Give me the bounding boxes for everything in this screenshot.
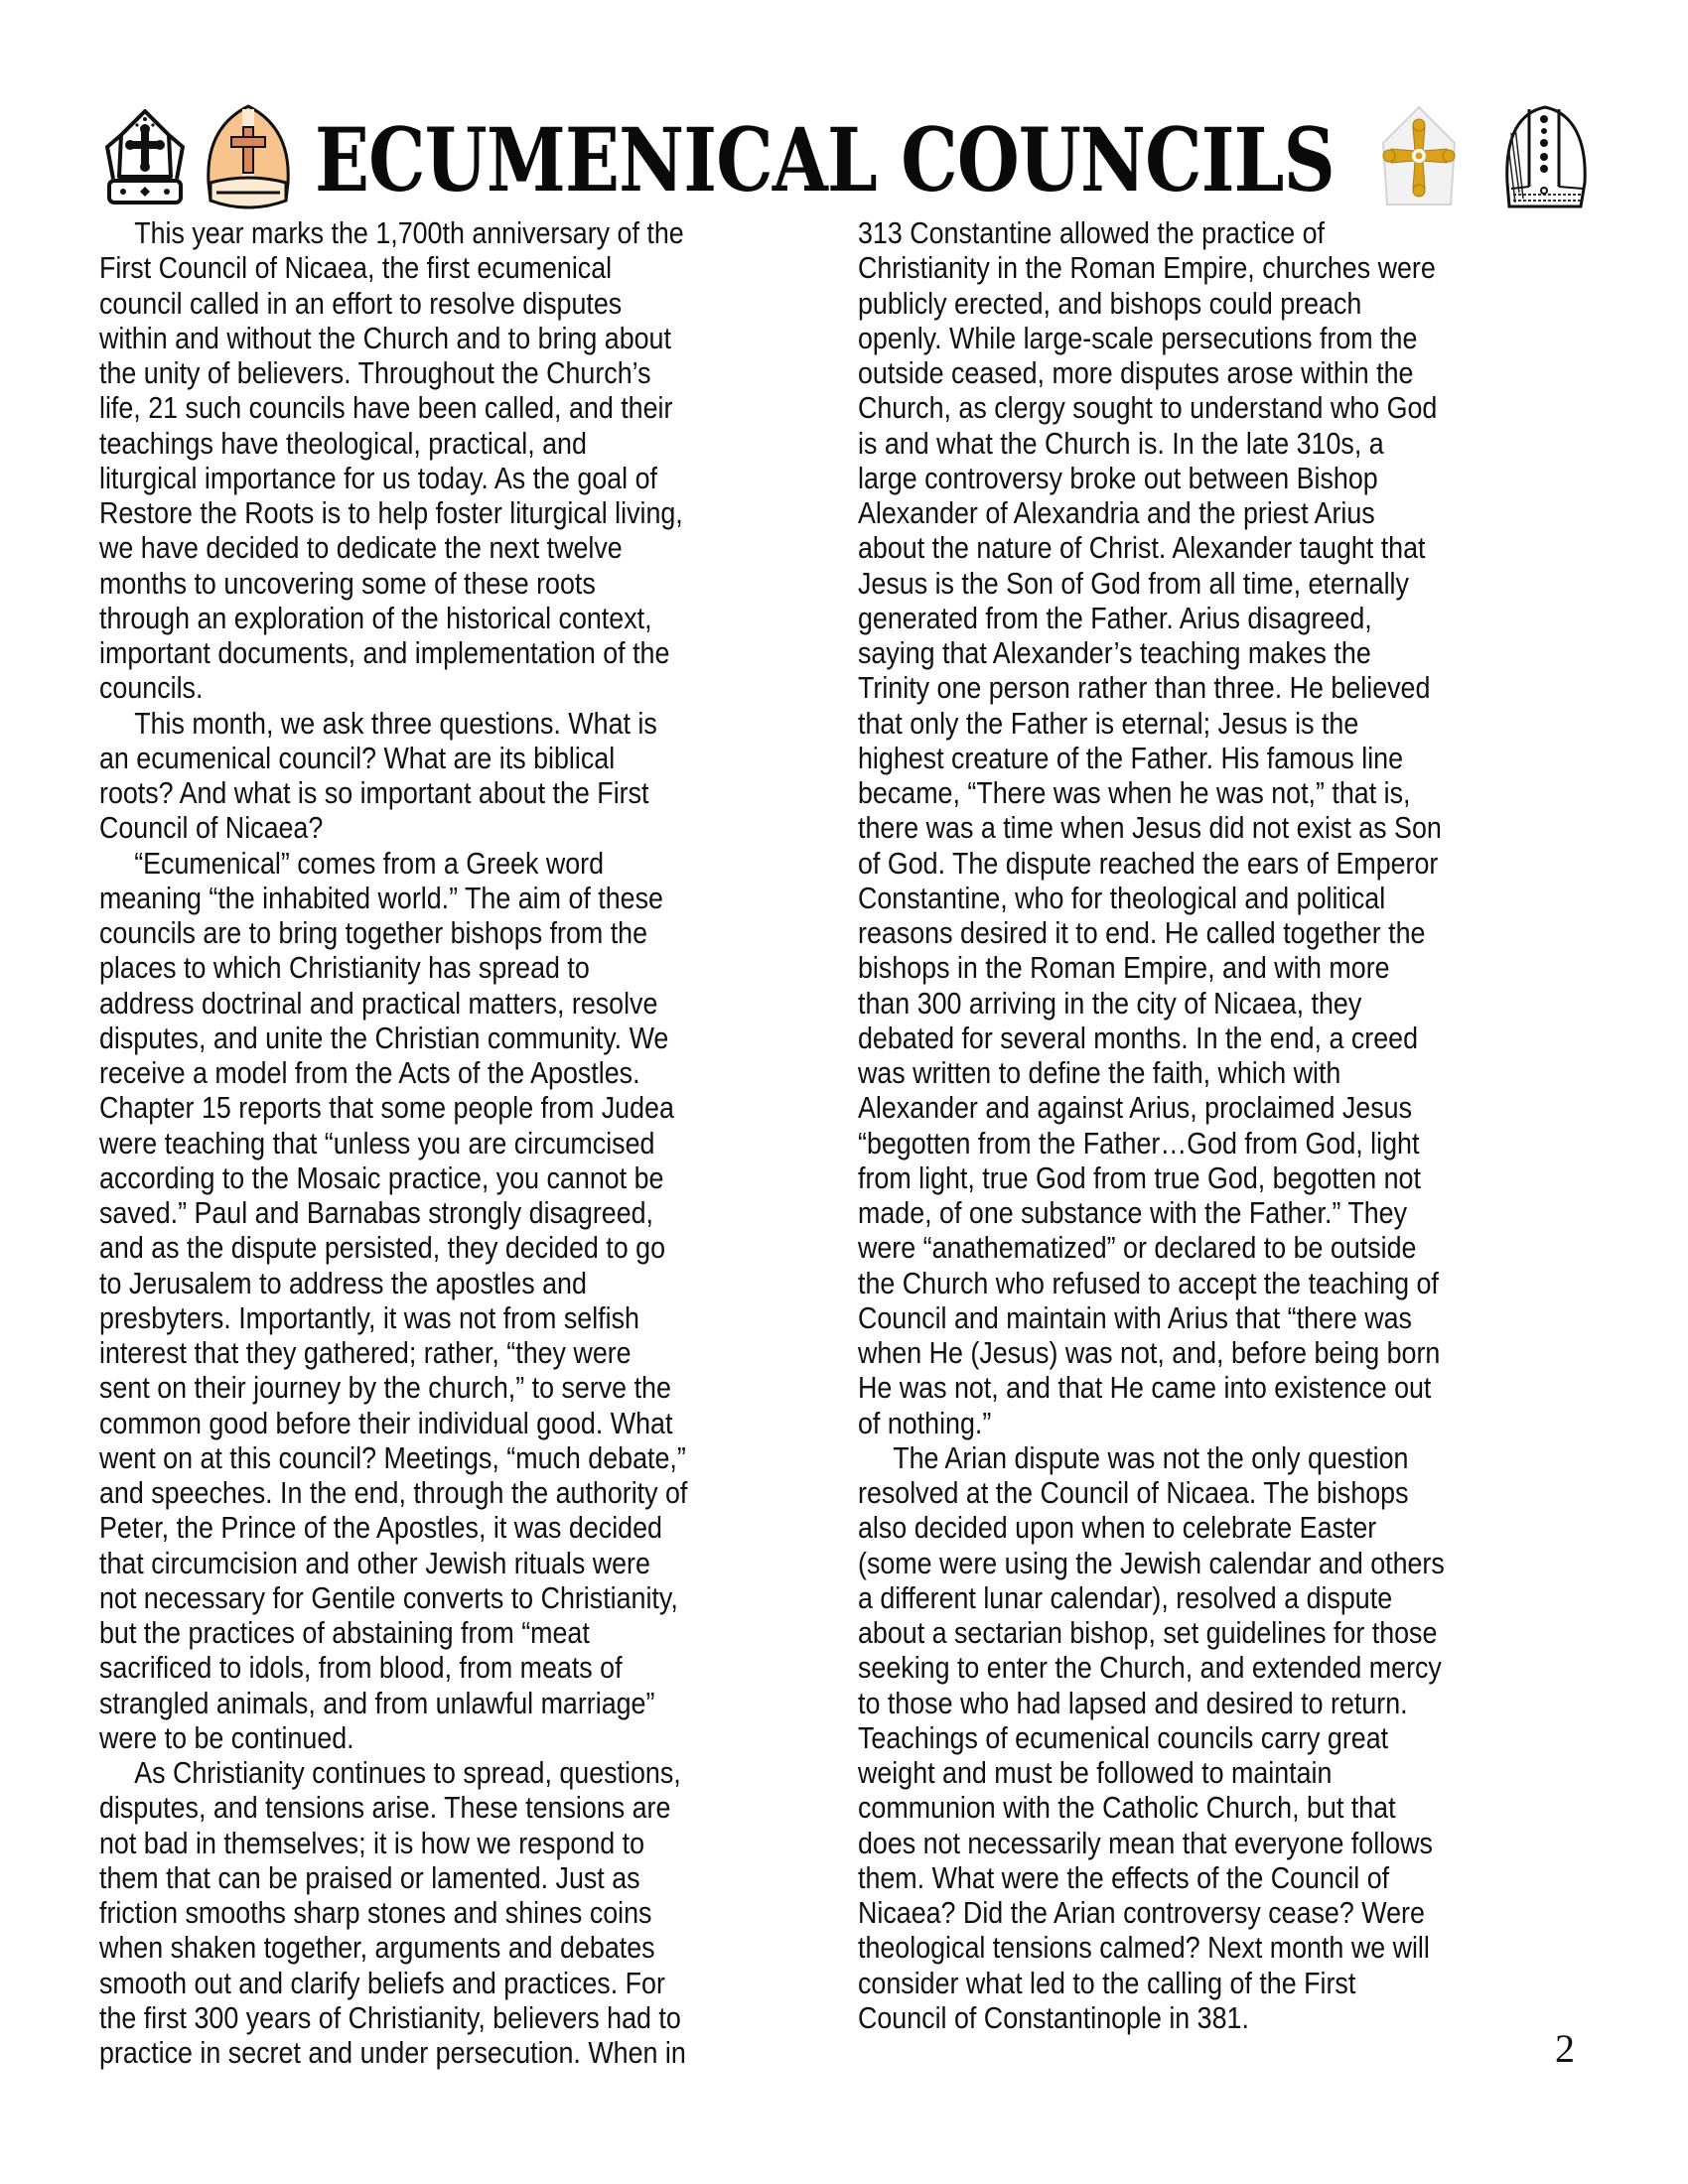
text-line: Alexander of Alexandria and the priest A…: [858, 496, 1506, 531]
text-line: As Christianity continues to spread, que…: [99, 1756, 748, 1791]
text-line: First Council of Nicaea, the first ecume…: [99, 251, 748, 286]
text-line: Trinity one person rather than three. He…: [858, 671, 1506, 706]
text-line: of God. The dispute reached the ears of …: [858, 847, 1506, 882]
text-line: Nicaea? Did the Arian controversy cease?…: [858, 1896, 1506, 1931]
text-line: that circumcision and other Jewish ritua…: [99, 1547, 748, 1581]
text-line: He was not, and that He came into existe…: [858, 1371, 1506, 1406]
text-line: and speeches. In the end, through the au…: [99, 1476, 748, 1511]
text-line: Council of Constantinople in 381.: [858, 2001, 1506, 2036]
text-line: highest creature of the Father. His famo…: [858, 742, 1506, 776]
page-title: ECUMENICAL COUNCILS: [315, 105, 1180, 214]
text-line: This month, we ask three questions. What…: [99, 707, 748, 742]
text-line: Teachings of ecumenical councils carry g…: [858, 1721, 1506, 1756]
text-line: made, of one substance with the Father.”…: [858, 1196, 1506, 1231]
text-line: is and what the Church is. In the late 3…: [858, 427, 1506, 462]
text-line: through an exploration of the historical…: [99, 602, 748, 636]
text-line: teachings have theological, practical, a…: [99, 427, 748, 462]
text-line: Church, as clergy sought to understand w…: [858, 391, 1506, 426]
text-line: were teaching that “unless you are circu…: [99, 1127, 748, 1161]
text-line: a different lunar calendar), resolved a …: [858, 1581, 1506, 1616]
text-line: theological tensions calmed? Next month …: [858, 1931, 1506, 1966]
text-line: “Ecumenical” comes from a Greek word: [99, 847, 748, 882]
text-line: important documents, and implementation …: [99, 636, 748, 671]
text-line: there was a time when Jesus did not exis…: [858, 811, 1506, 846]
text-line: strangled animals, and from unlawful mar…: [99, 1687, 748, 1721]
text-line: Alexander and against Arius, proclaimed …: [858, 1091, 1506, 1126]
text-line: than 300 arriving in the city of Nicaea,…: [858, 987, 1506, 1022]
text-line: friction smooths sharp stones and shines…: [99, 1896, 748, 1931]
text-line: but the practices of abstaining from “me…: [99, 1616, 748, 1651]
text-line: of nothing.”: [858, 1407, 1506, 1441]
text-line: does not necessarily mean that everyone …: [858, 1827, 1506, 1861]
text-line: places to which Christianity has spread …: [99, 951, 748, 986]
text-line: “begotten from the Father…God from God, …: [858, 1127, 1506, 1161]
text-line: were to be continued.: [99, 1721, 748, 1756]
text-line: interest that they gathered; rather, “th…: [99, 1336, 748, 1371]
text-line: also decided upon when to celebrate East…: [858, 1511, 1506, 1546]
text-line: Restore the Roots is to help foster litu…: [99, 496, 748, 531]
mitre-white-gold-cross-icon: [1377, 103, 1461, 214]
text-line: to those who had lapsed and desired to r…: [858, 1687, 1506, 1721]
text-line: when He (Jesus) was not, and, before bei…: [858, 1336, 1506, 1371]
text-line: went on at this council? Meetings, “much…: [99, 1441, 748, 1476]
text-line: practice in secret and under persecution…: [99, 2036, 748, 2071]
text-line: generated from the Father. Arius disagre…: [858, 602, 1506, 636]
text-line: Jesus is the Son of God from all time, e…: [858, 567, 1506, 602]
text-line: Christianity in the Roman Empire, church…: [858, 251, 1506, 286]
text-line: from light, true God from true God, bego…: [858, 1161, 1506, 1196]
text-line: was written to define the faith, which w…: [858, 1056, 1506, 1091]
text-line: saying that Alexander’s teaching makes t…: [858, 636, 1506, 671]
text-line: bishops in the Roman Empire, and with mo…: [858, 951, 1506, 986]
text-line: liturgical importance for us today. As t…: [99, 462, 748, 496]
mitre-outline-icon: [99, 107, 191, 210]
page-number: 2: [1555, 2025, 1575, 2072]
text-line: consider what led to the calling of the …: [858, 1967, 1506, 2001]
text-line: we have decided to dedicate the next twe…: [99, 531, 748, 566]
text-line: about a sectarian bishop, set guidelines…: [858, 1616, 1506, 1651]
text-line: debated for several months. In the end, …: [858, 1022, 1506, 1056]
text-line: openly. While large-scale persecutions f…: [858, 322, 1506, 356]
text-line: roots? And what is so important about th…: [99, 776, 748, 811]
text-line: months to uncovering some of these roots: [99, 567, 748, 602]
text-line: an ecumenical council? What are its bibl…: [99, 742, 748, 776]
article-column-right: 313 Constantine allowed the practice ofC…: [858, 216, 1595, 2036]
mitre-sketch-icon: [1499, 103, 1591, 216]
text-line: resolved at the Council of Nicaea. The b…: [858, 1476, 1506, 1511]
text-line: council called in an effort to resolve d…: [99, 287, 748, 322]
text-line: councils.: [99, 671, 748, 706]
text-line: that only the Father is eternal; Jesus i…: [858, 707, 1506, 742]
text-line: became, “There was when he was not,” tha…: [858, 776, 1506, 811]
text-line: to Jerusalem to address the apostles and: [99, 1267, 748, 1301]
mitre-peach-cross-icon: [199, 103, 298, 216]
text-line: were “anathematized” or declared to be o…: [858, 1231, 1506, 1266]
text-line: councils are to bring together bishops f…: [99, 916, 748, 951]
text-line: within and without the Church and to bri…: [99, 322, 748, 356]
text-line: large controversy broke out between Bish…: [858, 462, 1506, 496]
text-line: not necessary for Gentile converts to Ch…: [99, 1581, 748, 1616]
text-line: saved.” Paul and Barnabas strongly disag…: [99, 1196, 748, 1231]
text-line: common good before their individual good…: [99, 1407, 748, 1441]
text-line: not bad in themselves; it is how we resp…: [99, 1827, 748, 1861]
text-line: them. What were the effects of the Counc…: [858, 1861, 1506, 1896]
text-line: publicly erected, and bishops could prea…: [858, 287, 1506, 322]
text-line: sent on their journey by the church,” to…: [99, 1371, 748, 1406]
text-line: presbyters. Importantly, it was not from…: [99, 1301, 748, 1336]
page-header: ECUMENICAL COUNCILS: [94, 99, 1594, 223]
text-line: disputes, and unite the Christian commun…: [99, 1022, 748, 1056]
text-line: 313 Constantine allowed the practice of: [858, 216, 1506, 251]
text-line: Chapter 15 reports that some people from…: [99, 1091, 748, 1126]
newsletter-page: ECUMENICAL COUNCILS: [0, 0, 1688, 2184]
text-line: and as the dispute persisted, they decid…: [99, 1231, 748, 1266]
text-line: Council of Nicaea?: [99, 811, 748, 846]
text-line: disputes, and tensions arise. These tens…: [99, 1791, 748, 1826]
text-line: outside ceased, more disputes arose with…: [858, 356, 1506, 391]
text-line: The Arian dispute was not the only quest…: [858, 1441, 1506, 1476]
text-line: communion with the Catholic Church, but …: [858, 1791, 1506, 1826]
text-line: weight and must be followed to maintain: [858, 1756, 1506, 1791]
text-line: This year marks the 1,700th anniversary …: [99, 216, 748, 251]
text-line: seeking to enter the Church, and extende…: [858, 1651, 1506, 1686]
text-line: meaning “the inhabited world.” The aim o…: [99, 882, 748, 916]
text-line: according to the Mosaic practice, you ca…: [99, 1161, 748, 1196]
text-line: receive a model from the Acts of the Apo…: [99, 1056, 748, 1091]
article-column-left: This year marks the 1,700th anniversary …: [99, 216, 836, 2071]
text-line: when shaken together, arguments and deba…: [99, 1931, 748, 1966]
text-line: the first 300 years of Christianity, bel…: [99, 2001, 748, 2036]
text-line: sacrificed to idols, from blood, from me…: [99, 1651, 748, 1686]
text-line: address doctrinal and practical matters,…: [99, 987, 748, 1022]
text-line: the Church who refused to accept the tea…: [858, 1267, 1506, 1301]
text-line: the unity of believers. Throughout the C…: [99, 356, 748, 391]
text-line: (some were using the Jewish calendar and…: [858, 1547, 1506, 1581]
text-line: Council and maintain with Arius that “th…: [858, 1301, 1506, 1336]
text-line: Peter, the Prince of the Apostles, it wa…: [99, 1511, 748, 1546]
text-line: them that can be praised or lamented. Ju…: [99, 1861, 748, 1896]
text-line: life, 21 such councils have been called,…: [99, 391, 748, 426]
text-line: smooth out and clarify beliefs and pract…: [99, 1967, 748, 2001]
text-line: about the nature of Christ. Alexander ta…: [858, 531, 1506, 566]
text-line: Constantine, who for theological and pol…: [858, 882, 1506, 916]
text-line: reasons desired it to end. He called tog…: [858, 916, 1506, 951]
